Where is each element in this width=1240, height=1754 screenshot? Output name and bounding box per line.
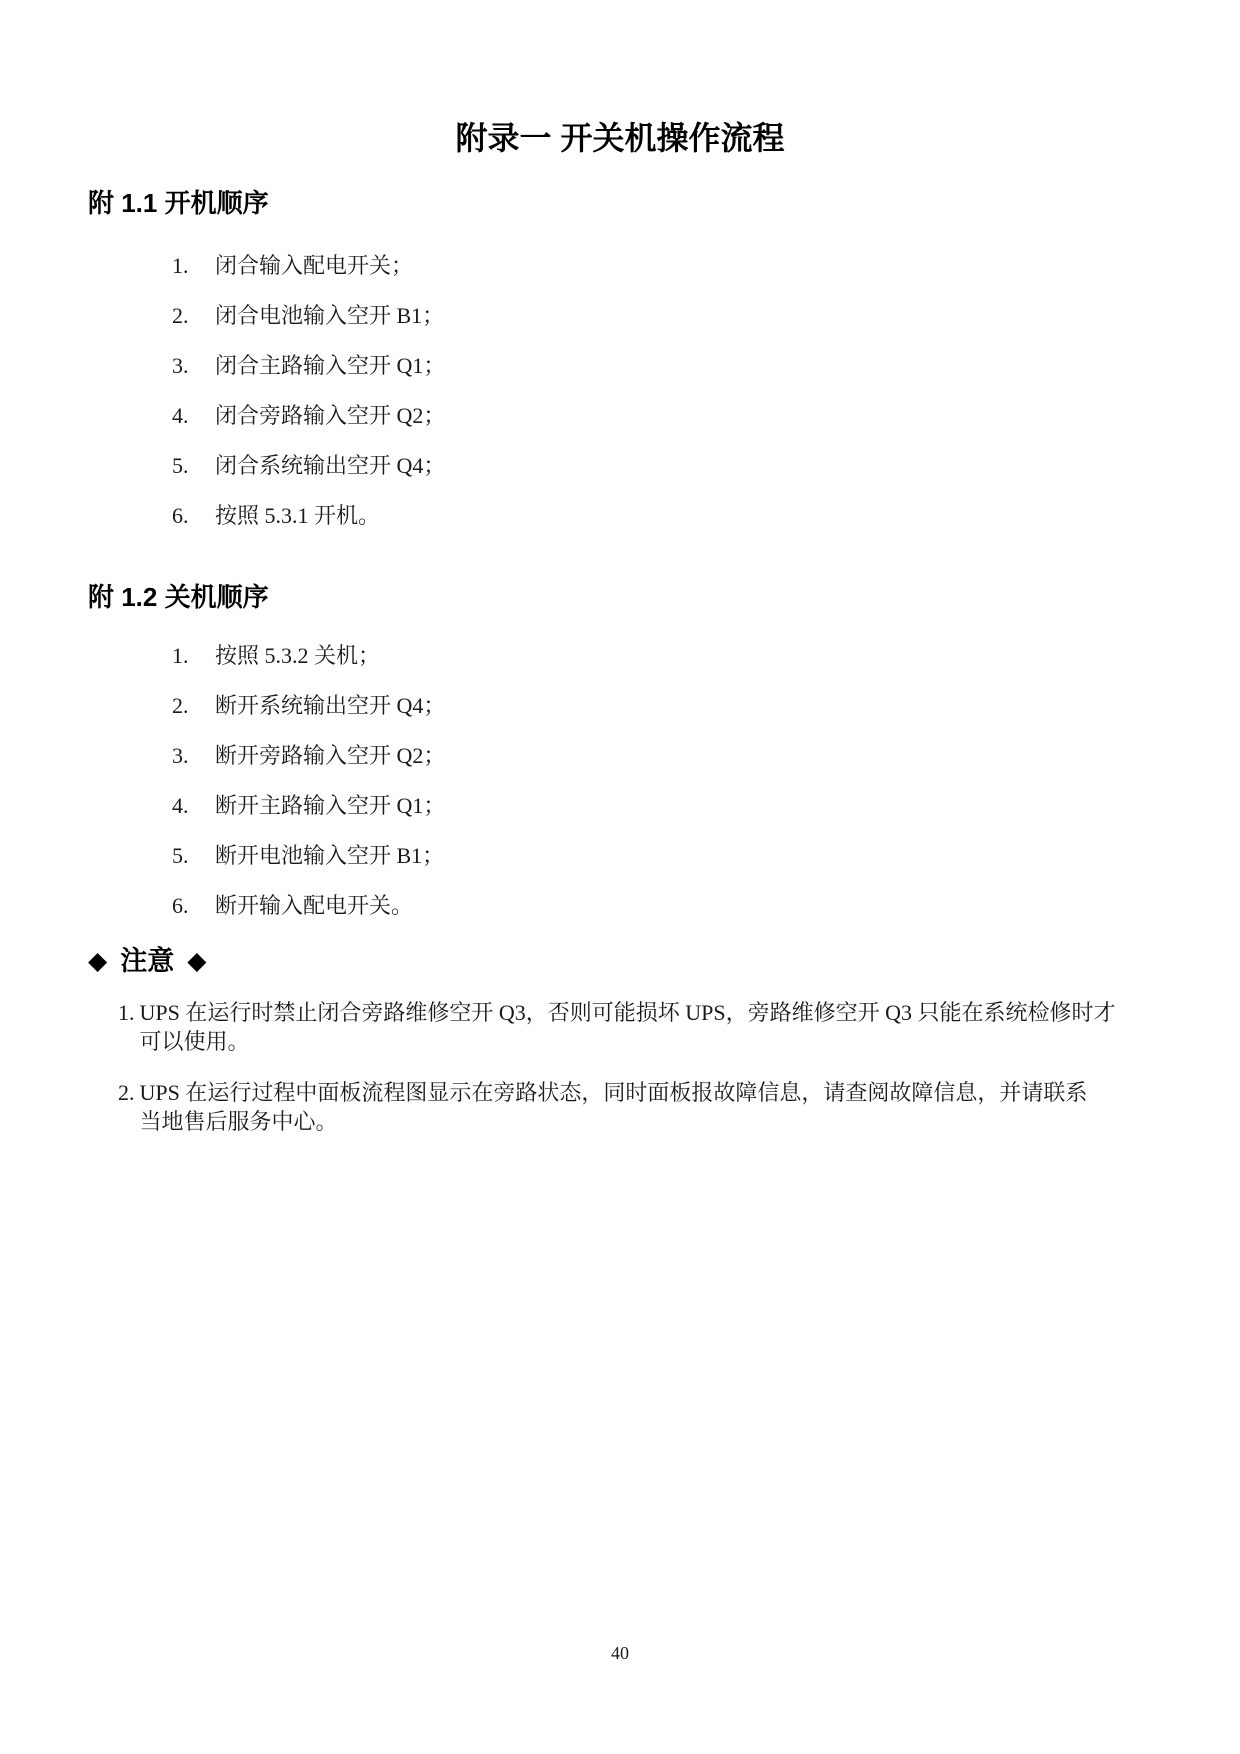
note-number: 1. xyxy=(118,998,135,1027)
step-item: 3.断开旁路输入空开 Q2； xyxy=(172,742,1240,770)
step-item: 6.按照 5.3.1 开机。 xyxy=(172,502,1240,530)
step-number: 4. xyxy=(172,402,215,430)
step-text: 闭合输入配电开关； xyxy=(215,253,413,278)
step-number: 5. xyxy=(172,842,215,870)
document-page: 附录一 开关机操作流程 附 1.1 开机顺序 1.闭合输入配电开关； 2.闭合电… xyxy=(0,0,1240,1754)
step-item: 5.闭合系统输出空开 Q4； xyxy=(172,452,1240,480)
step-text: 断开主路输入空开 Q1； xyxy=(215,793,445,818)
step-text: 断开旁路输入空开 Q2； xyxy=(215,743,445,768)
step-item: 3.闭合主路输入空开 Q1； xyxy=(172,352,1240,380)
power-off-steps-list: 1.按照 5.3.2 关机； 2.断开系统输出空开 Q4； 3.断开旁路输入空开… xyxy=(0,642,1240,920)
step-item: 1.闭合输入配电开关； xyxy=(172,252,1240,280)
step-number: 3. xyxy=(172,352,215,380)
step-number: 2. xyxy=(172,302,215,330)
step-number: 5. xyxy=(172,452,215,480)
step-text: 断开电池输入空开 B1； xyxy=(215,843,444,868)
step-item: 4.断开主路输入空开 Q1； xyxy=(172,792,1240,820)
diamond-icon: ◆ xyxy=(88,945,107,977)
note-body: UPS 在运行时禁止闭合旁路维修空开 Q3，否则可能损坏 UPS，旁路维修空开 … xyxy=(140,998,1116,1056)
step-item: 2.断开系统输出空开 Q4； xyxy=(172,692,1240,720)
step-number: 6. xyxy=(172,892,215,920)
step-text: 闭合旁路输入空开 Q2； xyxy=(215,403,445,428)
step-number: 4. xyxy=(172,792,215,820)
page-title: 附录一 开关机操作流程 xyxy=(0,0,1240,158)
step-text: 闭合电池输入空开 B1； xyxy=(215,303,444,328)
step-item: 5.断开电池输入空开 B1； xyxy=(172,842,1240,870)
step-number: 3. xyxy=(172,742,215,770)
note-line: UPS 在运行过程中面板流程图显示在旁路状态，同时面板报故障信息，请查阅故障信息… xyxy=(140,1080,1088,1105)
section-heading-power-on: 附 1.1 开机顺序 xyxy=(88,188,1240,218)
note-number: 2. xyxy=(118,1078,135,1107)
step-item: 1.按照 5.3.2 关机； xyxy=(172,642,1240,670)
step-item: 4.闭合旁路输入空开 Q2； xyxy=(172,402,1240,430)
step-item: 2.闭合电池输入空开 B1； xyxy=(172,302,1240,330)
note-line: UPS 在运行时禁止闭合旁路维修空开 Q3，否则可能损坏 UPS，旁路维修空开 … xyxy=(140,1000,1116,1025)
page-number: 40 xyxy=(0,1642,1240,1664)
step-item: 6.断开输入配电开关。 xyxy=(172,892,1240,920)
section-heading-power-off: 附 1.2 关机顺序 xyxy=(88,582,1240,612)
step-text: 闭合系统输出空开 Q4； xyxy=(215,453,445,478)
notice-notes-list: 1. UPS 在运行时禁止闭合旁路维修空开 Q3，否则可能损坏 UPS，旁路维修… xyxy=(118,998,1240,1136)
step-text: 按照 5.3.2 关机； xyxy=(215,643,380,668)
notice-label: 注意 xyxy=(120,945,174,977)
step-text: 闭合主路输入空开 Q1； xyxy=(215,353,445,378)
step-number: 6. xyxy=(172,502,215,530)
step-text: 按照 5.3.1 开机。 xyxy=(215,503,380,528)
note-line: 可以使用。 xyxy=(140,1029,250,1054)
step-text: 断开系统输出空开 Q4； xyxy=(215,693,445,718)
diamond-icon: ◆ xyxy=(187,945,206,977)
note-line: 当地售后服务中心。 xyxy=(140,1109,338,1134)
notice-heading: ◆ 注意 ◆ xyxy=(88,945,1240,977)
note-body: UPS 在运行过程中面板流程图显示在旁路状态，同时面板报故障信息，请查阅故障信息… xyxy=(140,1078,1088,1136)
note-item: 1. UPS 在运行时禁止闭合旁路维修空开 Q3，否则可能损坏 UPS，旁路维修… xyxy=(118,998,1240,1056)
power-on-steps-list: 1.闭合输入配电开关； 2.闭合电池输入空开 B1； 3.闭合主路输入空开 Q1… xyxy=(0,252,1240,530)
step-number: 1. xyxy=(172,252,215,280)
note-item: 2. UPS 在运行过程中面板流程图显示在旁路状态，同时面板报故障信息，请查阅故… xyxy=(118,1078,1240,1136)
step-number: 2. xyxy=(172,692,215,720)
step-text: 断开输入配电开关。 xyxy=(215,893,413,918)
step-number: 1. xyxy=(172,642,215,670)
